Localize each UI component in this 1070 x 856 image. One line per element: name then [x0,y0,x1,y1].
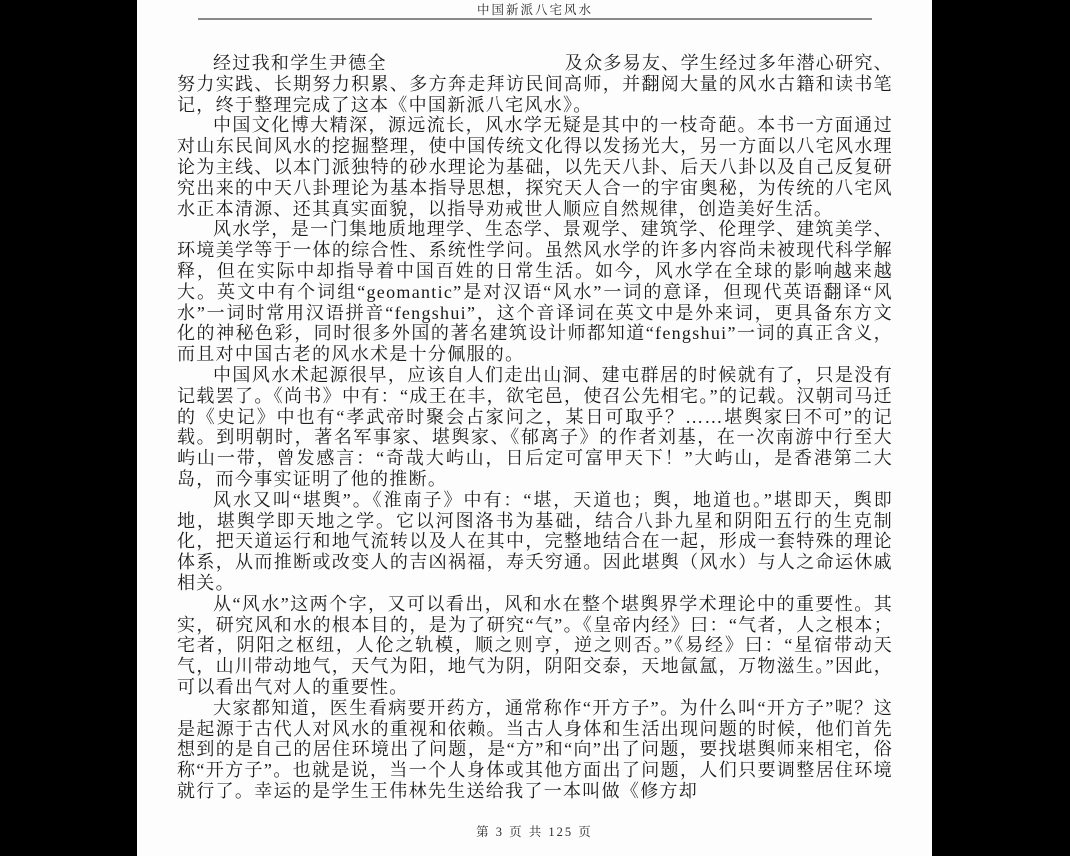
paragraph: 风水学，是一门集地质地理学、生态学、景观学、建筑学、伦理学、建筑美学、环境美学等… [177,219,893,365]
paragraph: 中国文化博大精深，源远流长，风水学无疑是其中的一枝奇葩。本书一方面通过对山东民间… [177,115,893,219]
document-body: 经过我和学生尹德全及众多易友、学生经过多年潜心研究、努力实践、长期努力积累、多方… [177,53,893,802]
running-head-title: 中国新派八宅风水 [177,3,893,17]
page-footer: 第 3 页 共 125 页 [137,822,932,840]
paragraph: 从“风水”这两个字，又可以看出，风和水在整个堪舆界学术理论中的重要性。其实，研究… [177,594,893,698]
paragraph: 大家都知道，医生看病要开药方，通常称作“开方子”。为什么叫“开方子”呢？这是起源… [177,698,893,802]
paragraph: 经过我和学生尹德全及众多易友、学生经过多年潜心研究、努力实践、长期努力积累、多方… [177,53,893,115]
viewer-background: 中国新派八宅风水 经过我和学生尹德全及众多易友、学生经过多年潜心研究、努力实践、… [0,0,1070,856]
paragraph-text: 经过我和学生尹德全 [213,53,387,73]
document-page: 中国新派八宅风水 经过我和学生尹德全及众多易友、学生经过多年潜心研究、努力实践、… [137,0,932,856]
header-rule [198,18,872,20]
blank-gap [387,68,565,69]
page-number-label: 第 3 页 共 125 页 [476,825,593,839]
paragraph: 风水又叫“堪舆”。《淮南子》中有：“堪，天道也；舆，地道也。”堪即天，舆即地，堪… [177,490,893,594]
page-header: 中国新派八宅风水 [177,0,893,20]
paragraph: 中国风水术起源很早，应该自人们走出山洞、建屯群居的时候就有了，只是没有记载罢了。… [177,365,893,490]
